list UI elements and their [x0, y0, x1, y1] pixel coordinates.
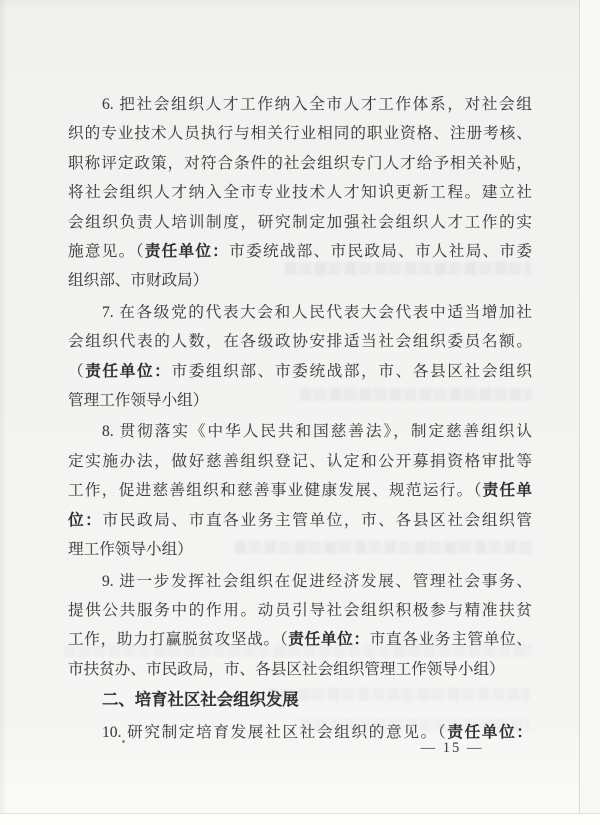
body-text: 市委统战部、市民政局、市人社局、市委: [229, 243, 532, 260]
text-line: 职称评定政策，对符合条件的社会组织专门人才给予相关补贴，: [68, 149, 532, 178]
responsible-unit-emphasis: 责任单: [483, 482, 532, 499]
body-text: 8. 贯彻落实《中华人民共和国慈善法》，制定慈善组织认: [102, 423, 532, 440]
text-line: 会组织代表的人数，在各级政协安排适当社会组织委员名额。: [68, 327, 532, 356]
text-line: 工作，促进慈善组织和慈善事业健康发展、规范运行。（责任单: [68, 476, 532, 505]
scan-speckle: [387, 183, 390, 186]
page-left-edge: [0, 0, 7, 825]
body-text: 9. 进一步发挥社会组织在促进经济发展、管理社会事务、: [102, 573, 532, 590]
page-right-edge: [579, 0, 600, 825]
text-line: 9. 进一步发挥社会组织在促进经济发展、管理社会事务、: [68, 567, 532, 596]
body-text: 组织部、市财政局）: [68, 272, 208, 289]
body-text: 市民政局、市直各业务主管单位，市、各县区社会组织管: [103, 512, 532, 529]
bleedthrough-artifact: [235, 541, 535, 554]
body-text: 提供公共服务中的作用。动员引导社会组织积极参与精准扶贫: [68, 602, 532, 619]
body-text: 将社会组织人才纳入全市专业技术人才知识更新工程。建立社: [68, 184, 532, 201]
body-text: 会组织代表的人数，在各级政协安排适当社会组织委员名额。: [68, 333, 532, 350]
scan-speckle: [122, 740, 125, 743]
text-line: 位：市民政局、市直各业务主管单位，市、各县区社会组织管: [68, 506, 532, 535]
text-line: 将社会组织人才纳入全市专业技术人才知识更新工程。建立社: [68, 178, 532, 207]
responsible-unit-emphasis: 责任单位：: [85, 363, 171, 380]
text-line: （责任单位：市委组织部、市委统战部，市、各县区社会组织: [68, 357, 532, 386]
text-line: 提供公共服务中的作用。动员引导社会组织积极参与精准扶贫: [68, 596, 532, 625]
bleedthrough-artifact: [64, 644, 532, 657]
bleedthrough-artifact: [285, 262, 530, 275]
body-text: 工作，促进慈善组织和慈善事业健康发展、规范运行。（: [68, 482, 483, 499]
bleedthrough-artifact: [268, 688, 530, 701]
text-line: 8. 贯彻落实《中华人民共和国慈善法》，制定慈善组织认: [68, 417, 532, 446]
body-text: （: [68, 363, 85, 380]
body-text: 管理工作领导小组）: [68, 392, 208, 409]
body-text: 施意见。（: [68, 243, 145, 260]
body-text: 会组织负责人培训制度，研究制定加强社会组织人才工作的实: [68, 214, 532, 231]
responsible-unit-emphasis: 位：: [68, 512, 103, 529]
page-number: — 15 —: [392, 740, 512, 757]
body-text: 市扶贫办、市民政局，市、各县区社会组织管理工作领导小组）: [68, 661, 505, 678]
text-line: 定实施办法，做好慈善组织登记、认定和公开募捐资格审批等: [68, 447, 532, 476]
responsible-unit-emphasis: 责任单位：: [145, 243, 229, 260]
page-bottom-edge: [0, 813, 600, 825]
scanned-document-page: 6. 把社会组织人才工作纳入全市人才工作体系，对社会组织的专业技术人员执行与相关…: [0, 0, 600, 825]
bleedthrough-artifact: [300, 388, 532, 401]
paragraph-item-9: 9. 进一步发挥社会组织在促进经济发展、管理社会事务、提供公共服务中的作用。动员…: [68, 567, 532, 685]
body-text: 市委组织部、市委统战部，市、各县区社会组织: [171, 363, 532, 380]
text-line: 6. 把社会组织人才工作纳入全市人才工作体系，对社会组: [68, 90, 532, 119]
body-text: 理工作领导小组）: [68, 541, 193, 558]
body-text: 职称评定政策，对符合条件的社会组织专门人才给予相关补贴，: [68, 155, 532, 172]
body-text: 织的专业技术人员执行与相关行业相同的职业资格、注册考核、: [68, 125, 532, 142]
bleedthrough-artifact: [300, 718, 530, 731]
body-text: 定实施办法，做好慈善组织登记、认定和公开募捐资格审批等: [68, 453, 532, 470]
body-text: 7. 在各级党的代表大会和人民代表大会代表中适当增加社: [102, 304, 532, 321]
text-line: 7. 在各级党的代表大会和人民代表大会代表中适当增加社: [68, 298, 532, 327]
text-line: 市扶贫办、市民政局，市、各县区社会组织管理工作领导小组）: [68, 655, 532, 684]
text-line: 织的专业技术人员执行与相关行业相同的职业资格、注册考核、: [68, 119, 532, 148]
text-line: 会组织负责人培训制度，研究制定加强社会组织人才工作的实: [68, 208, 532, 237]
body-text: 6. 把社会组织人才工作纳入全市人才工作体系，对社会组: [102, 96, 532, 113]
